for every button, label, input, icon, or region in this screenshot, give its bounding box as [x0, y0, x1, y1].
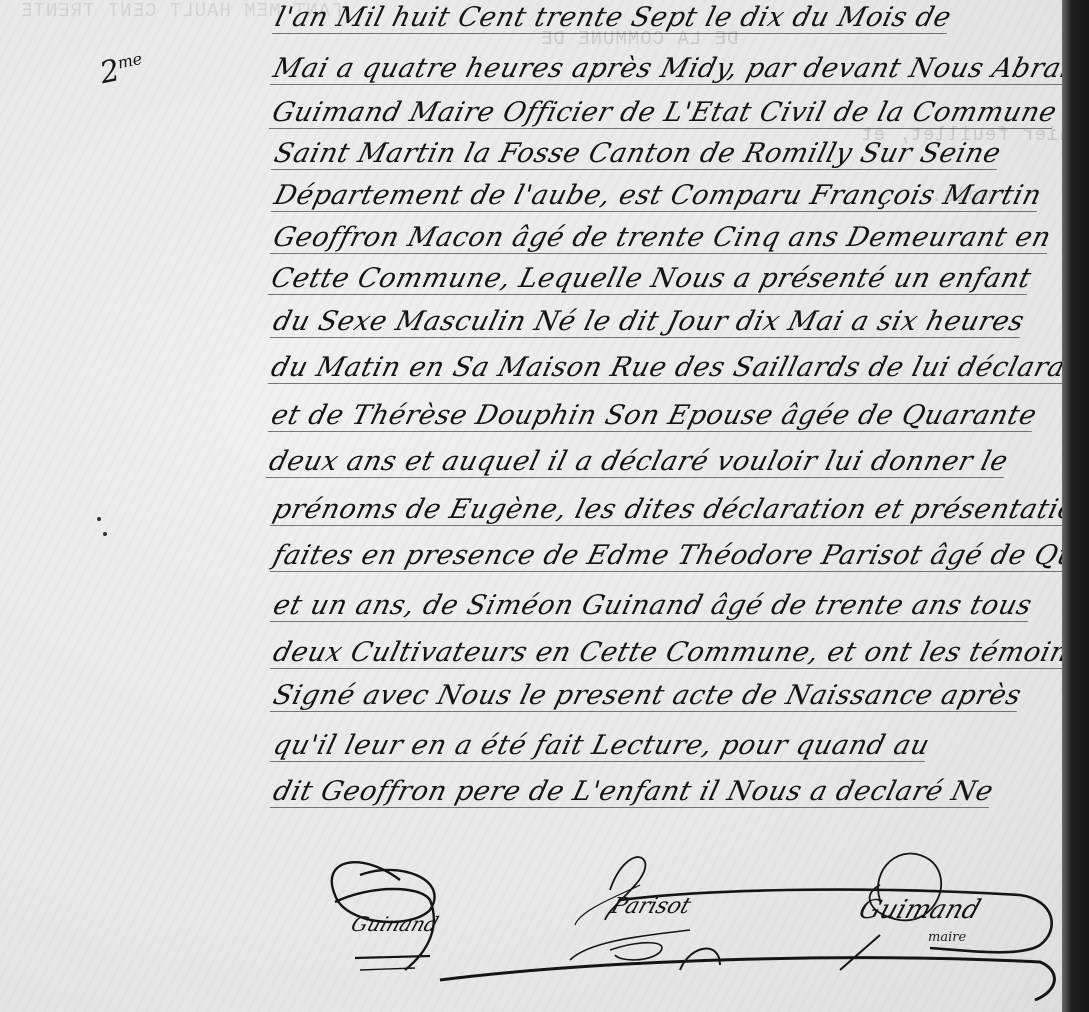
record-line: Cette Commune, Lequelle Nous a présenté …: [268, 263, 1035, 294]
record-line: faites en presence de Edme Théodore Pari…: [270, 540, 1089, 571]
record-line: Guimand Maire Officier de L'Etat Civil d…: [269, 97, 1060, 128]
record-line: du Matin en Sa Maison Rue des Saillards …: [268, 352, 1089, 383]
register-page: ГANT MEM HAULT CENT TRENTE DE LA COMMUNE…: [0, 0, 1062, 1012]
margin-note: 2me: [97, 48, 147, 91]
ink-dot: [103, 532, 107, 536]
record-line: Saint Martin la Fosse Canton de Romilly …: [271, 138, 1004, 169]
record-line: prénoms de Eugène, les dites déclaration…: [270, 494, 1089, 525]
signature-flourishes: [0, 840, 1062, 1012]
ink-dot: [97, 517, 101, 521]
margin-note-superscript: me: [116, 49, 144, 73]
record-line: et un ans, de Siméon Guinand âgé de tren…: [270, 590, 1035, 621]
record-line: deux ans et auquel il a déclaré vouloir …: [266, 446, 1011, 477]
page-binding-edge: [1062, 0, 1089, 1012]
record-line: du Sexe Masculin Né le dit Jour dix Mai …: [270, 306, 1028, 337]
signature-guinand: Guinand: [348, 912, 442, 936]
record-line: dit Geoffron pere de L'enfant il Nous a …: [270, 776, 997, 807]
record-line: qu'il leur en a été fait Lecture, pour q…: [270, 730, 933, 761]
signature-guimand: Guimand: [855, 895, 984, 925]
signature-role-maire: maire: [928, 930, 966, 945]
record-line: et de Thérèse Douphin Son Epouse âgée de…: [268, 400, 1040, 431]
record-line: l'an Mil huit Cent trente Sept le dix du…: [272, 2, 955, 33]
record-line: Mai a quatre heures après Midy, par deva…: [270, 53, 1089, 84]
record-line: Signé avec Nous le present acte de Naiss…: [270, 680, 1025, 711]
signature-parisot: Parisot: [608, 894, 694, 919]
record-line: Département de l'aube, est Comparu Franç…: [271, 180, 1045, 211]
signature-area: Guinand Parisot Guimand maire: [0, 840, 1062, 1012]
record-line: deux Cultivateurs en Cette Commune, et o…: [270, 637, 1087, 668]
record-line: Geoffron Macon âgé de trente Cinq ans De…: [270, 222, 1054, 253]
